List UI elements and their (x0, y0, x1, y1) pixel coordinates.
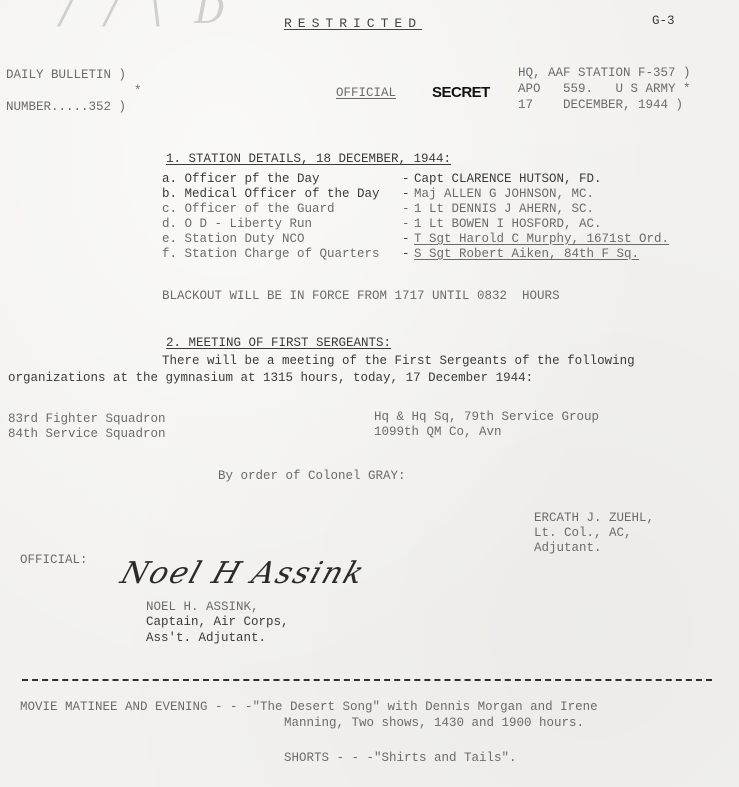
page-reference: G-3 (652, 14, 675, 29)
duty-label: e. Station Duty NCO (162, 232, 402, 247)
duty-dash: - (402, 187, 414, 202)
section-divider (22, 679, 712, 681)
duty-dash: - (402, 232, 414, 247)
duty-assignee: Maj ALLEN G JOHNSON, MC. (414, 187, 594, 202)
blackout-notice: BLACKOUT WILL BE IN FORCE FROM 1717 UNTI… (162, 289, 560, 304)
duty-dash: - (402, 172, 414, 187)
duty-dash: - (402, 202, 414, 217)
duty-assignee: S Sgt Robert Aiken, 84th F Sq. (414, 247, 639, 262)
bulletin-title: DAILY BULLETIN ) (6, 68, 126, 83)
duty-label: d. O D - Liberty Run (162, 217, 402, 232)
shorts-line: SHORTS - - -"Shirts and Tails". (284, 751, 517, 766)
duty-label: b. Medical Officer of the Day (162, 187, 402, 202)
duty-label: c. Officer of the Guard (162, 202, 402, 217)
duty-row: a. Officer pf the Day - Capt CLARENCE HU… (162, 172, 669, 187)
duty-assignee: T Sgt Harold C Murphy, 1671st Ord. (414, 232, 669, 247)
commander-title: Adjutant. (534, 541, 602, 556)
official-signature-label: OFFICIAL: (20, 553, 88, 568)
duty-row: b. Medical Officer of the Day - Maj ALLE… (162, 187, 669, 202)
section-2-heading-text: 2. MEETING OF FIRST SERGEANTS: (166, 336, 391, 350)
duty-assignee: 1 Lt BOWEN I HOSFORD, AC. (414, 217, 602, 232)
movie-line-1: MOVIE MATINEE AND EVENING - - -"The Dese… (20, 700, 598, 715)
duty-dash: - (402, 217, 414, 232)
commander-name: ERCATH J. ZUEHL, (534, 511, 654, 526)
official-label: OFFICIAL (336, 86, 396, 101)
section-1-heading-text: 1. STATION DETAILS, 18 DECEMBER, 1944: (166, 152, 451, 166)
hq-line-1: HQ, AAF STATION F-357 ) (518, 66, 691, 81)
duty-row: c. Officer of the Guard - 1 Lt DENNIS J … (162, 202, 669, 217)
handwritten-signature: Noel H Assink (116, 556, 370, 591)
hq-line-3: 17 DECEMBER, 1944 ) (518, 98, 683, 113)
signer-name: NOEL H. ASSINK, (146, 600, 259, 615)
org-item: 83rd Fighter Squadron (8, 412, 166, 427)
duty-dash: - (402, 247, 414, 262)
duty-assignee: Capt CLARENCE HUTSON, FD. (414, 172, 602, 187)
duty-label: f. Station Charge of Quarters (162, 247, 402, 262)
bulletin-star: * (134, 84, 142, 99)
bulletin-number: NUMBER.....352 ) (6, 100, 126, 115)
duty-label: a. Officer pf the Day (162, 172, 402, 187)
commander-rank: Lt. Col., AC, (534, 526, 632, 541)
pencil-annotation: / / \ D (60, 0, 235, 32)
meeting-paragraph-line-2: organizations at the gymnasium at 1315 h… (8, 371, 533, 386)
station-details-list: a. Officer pf the Day - Capt CLARENCE HU… (162, 172, 669, 262)
secret-stamp: SECRET (432, 85, 490, 100)
document-page: / / \ D RESTRICTED G-3 DAILY BULLETIN ) … (0, 0, 739, 787)
signer-title: Ass't. Adjutant. (146, 631, 266, 646)
hq-line-2: APO 559. U S ARMY * (518, 82, 691, 97)
order-line: By order of Colonel GRAY: (218, 469, 406, 484)
org-item: 1099th QM Co, Avn (374, 425, 502, 440)
signer-rank: Captain, Air Corps, (146, 615, 289, 630)
duty-row: f. Station Charge of Quarters - S Sgt Ro… (162, 247, 669, 262)
duty-row: e. Station Duty NCO - T Sgt Harold C Mur… (162, 232, 669, 247)
duty-row: d. O D - Liberty Run - 1 Lt BOWEN I HOSF… (162, 217, 669, 232)
org-item: Hq & Hq Sq, 79th Service Group (374, 410, 599, 425)
meeting-paragraph-line-1: There will be a meeting of the First Ser… (162, 354, 635, 369)
duty-assignee: 1 Lt DENNIS J AHERN, SC. (414, 202, 594, 217)
org-item: 84th Service Squadron (8, 427, 166, 442)
movie-line-2: Manning, Two shows, 1430 and 1900 hours. (284, 716, 584, 731)
classification-heading: RESTRICTED (284, 16, 422, 31)
